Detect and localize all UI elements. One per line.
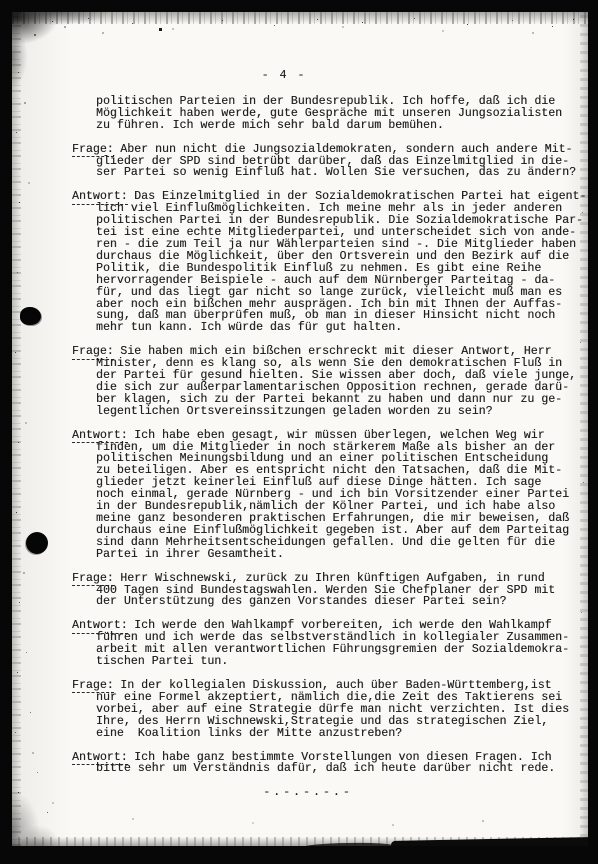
question-block: Frage:In der kollegialen Diskussion, auc… [96, 680, 588, 740]
answer-block: Antwort:Ich habe eben gesagt, wir müssen… [96, 430, 588, 561]
question-text: In der kollegialen Diskussion, auch über… [96, 679, 569, 740]
end-separator: -.-.-.-.- [20, 787, 588, 799]
answer-block: Antwort:Das Einzelmitglied in der Sozial… [96, 191, 588, 334]
page-content: - 4 - politischen Parteien in der Bundes… [12, 12, 588, 799]
answer-text: Ich habe ganz bestimmte Vorstellungen vo… [96, 751, 555, 776]
answer-block: Antwort:Ich werde den Wahlkampf vorberei… [96, 620, 588, 668]
paragraph-text: politischen Parteien in der Bundesrepubl… [96, 95, 562, 132]
question-block: Frage:Aber nun nicht die Jungsozialdemok… [96, 144, 588, 180]
question-text: Herr Wischnewski, zurück zu Ihren künfti… [96, 572, 555, 609]
answer-text: Das Einzelmitglied in der Sozialdemokrat… [96, 190, 586, 334]
question-text: Sie haben mich ein bißchen erschreckt mi… [96, 345, 576, 418]
document-page: - 4 - politischen Parteien in der Bundes… [12, 12, 588, 846]
answer-text: Ich werde den Wahlkampf vorbereiten, ich… [96, 619, 569, 668]
answer-text: Ich habe eben gesagt, wir müssen überleg… [96, 429, 569, 561]
paragraph-continuation: politischen Parteien in der Bundesrepubl… [96, 96, 588, 132]
page-number: - 4 - [12, 70, 572, 82]
question-block: Frage:Herr Wischnewski, zurück zu Ihren … [96, 573, 588, 609]
scan-frame: - 4 - politischen Parteien in der Bundes… [0, 0, 598, 864]
answer-block: Antwort:Ich habe ganz bestimmte Vorstell… [96, 752, 588, 776]
question-text: Aber nun nicht die Jungsozialdemokraten,… [96, 143, 576, 180]
question-block: Frage:Sie haben mich ein bißchen erschre… [96, 346, 588, 417]
